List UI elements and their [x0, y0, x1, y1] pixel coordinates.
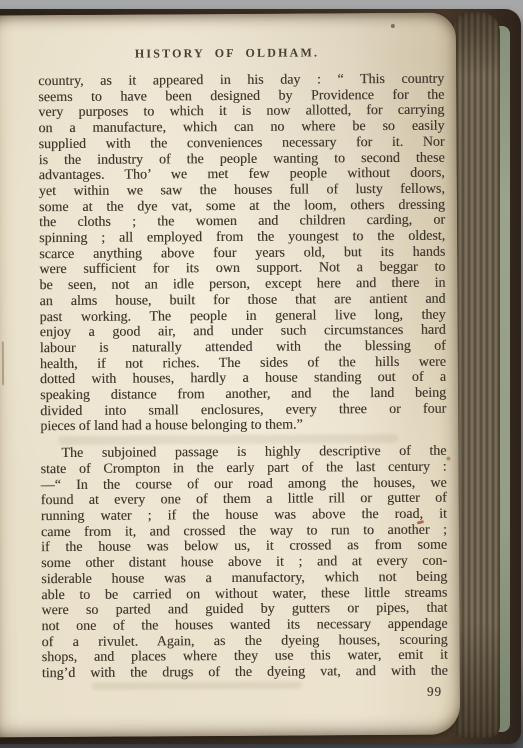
paragraph-2: The subjoined passage is highly descript…: [40, 444, 447, 682]
text-line: state of Crompton in the early part of t…: [41, 460, 447, 478]
paragraph-1: country, as it appeared in his day : “ T…: [38, 72, 446, 436]
text-line: not one of the houses wanted its necessa…: [41, 617, 447, 635]
book-page: HISTORY OF OLDHAM. country, as it appear…: [0, 13, 460, 738]
text-line: pieces of land had a house belonging to …: [40, 417, 446, 435]
running-head: HISTORY OF OLDHAM.: [24, 45, 430, 62]
text-line: ting’d with the drugs of the dyeing vat,…: [42, 664, 448, 682]
show-through-smudge: [92, 682, 302, 690]
red-ink-speck: [447, 457, 451, 461]
text-block: HISTORY OF OLDHAM. country, as it appear…: [38, 13, 448, 702]
text-line: siderable house was a manufactory, which…: [41, 569, 447, 587]
photo-background: HISTORY OF OLDHAM. country, as it appear…: [0, 0, 523, 748]
text-line: an alms house, built for those that are …: [40, 292, 446, 310]
page-edges-stack: [454, 12, 500, 738]
text-line: divided into small enclosures, every thr…: [40, 401, 446, 419]
paper-speck: [391, 24, 395, 28]
page-crease: [2, 341, 4, 385]
text-line: supplied with the conveniences necessary…: [39, 134, 445, 152]
